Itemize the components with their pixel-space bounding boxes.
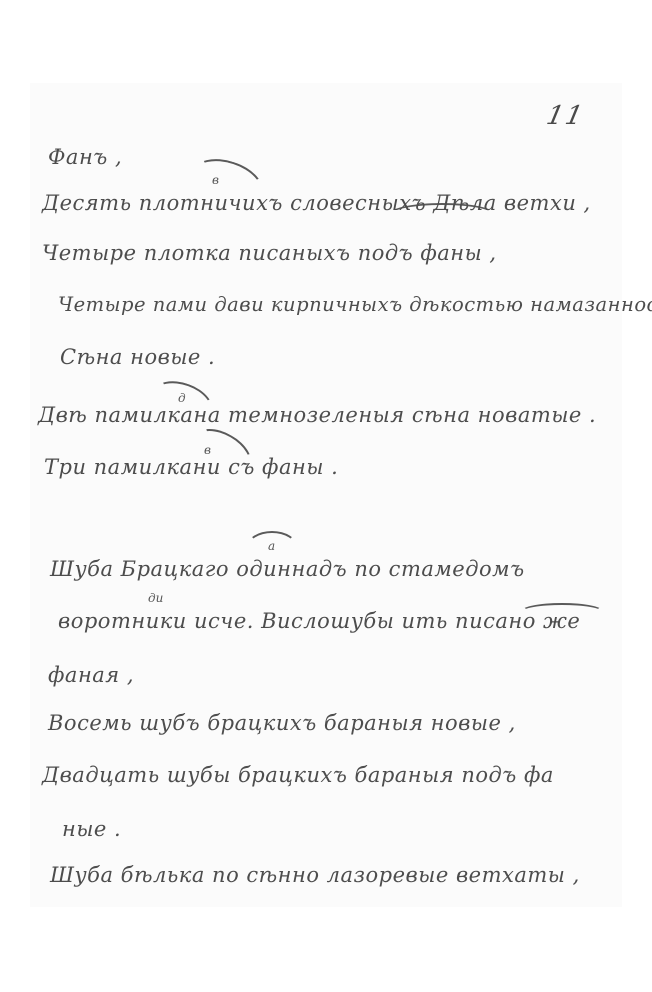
manuscript-line: Двѣ памилкана темнозеленыя сѣна новатые … xyxy=(38,403,596,427)
manuscript-line: Три памилкани съ фаны . xyxy=(44,455,338,479)
manuscript-line: Четыре плотка писаныхъ подъ фаны , xyxy=(42,241,497,265)
manuscript-line: Шуба Брацкаго одиннадъ по стамедомъ xyxy=(50,557,525,581)
superscript-letter: ди xyxy=(148,591,163,605)
superscript-letter: в xyxy=(204,443,211,457)
folio-number: 11 xyxy=(544,101,587,131)
manuscript-line: Сѣна новые . xyxy=(60,345,215,369)
superscript-letter: д xyxy=(178,391,186,405)
manuscript-line: Восемь шубъ брацкихъ бараныя новые , xyxy=(48,711,516,735)
manuscript-line: Четыре пами дави кирпичныхъ дѣкостью нам… xyxy=(58,293,652,316)
manuscript-line: Десять плотничихъ словесныхъ Дѣла ветхи … xyxy=(42,191,591,215)
manuscript-line: Фанъ , xyxy=(48,145,122,169)
manuscript-line: Двадцать шубы брацкихъ бараныя подъ фа xyxy=(42,763,554,787)
superscript-letter: а xyxy=(268,539,275,553)
manuscript-page: 11 Фанъ , Десять плотничихъ словесныхъ Д… xyxy=(30,83,622,907)
manuscript-line: фаная , xyxy=(48,663,134,687)
manuscript-line: Шуба бѣлька по сѣнно лазоревые ветхаты , xyxy=(50,863,580,887)
manuscript-line: воротники исче. Вислошубы ить писано же xyxy=(58,609,580,633)
manuscript-line: ные . xyxy=(62,817,121,841)
superscript-letter: в xyxy=(212,173,219,187)
